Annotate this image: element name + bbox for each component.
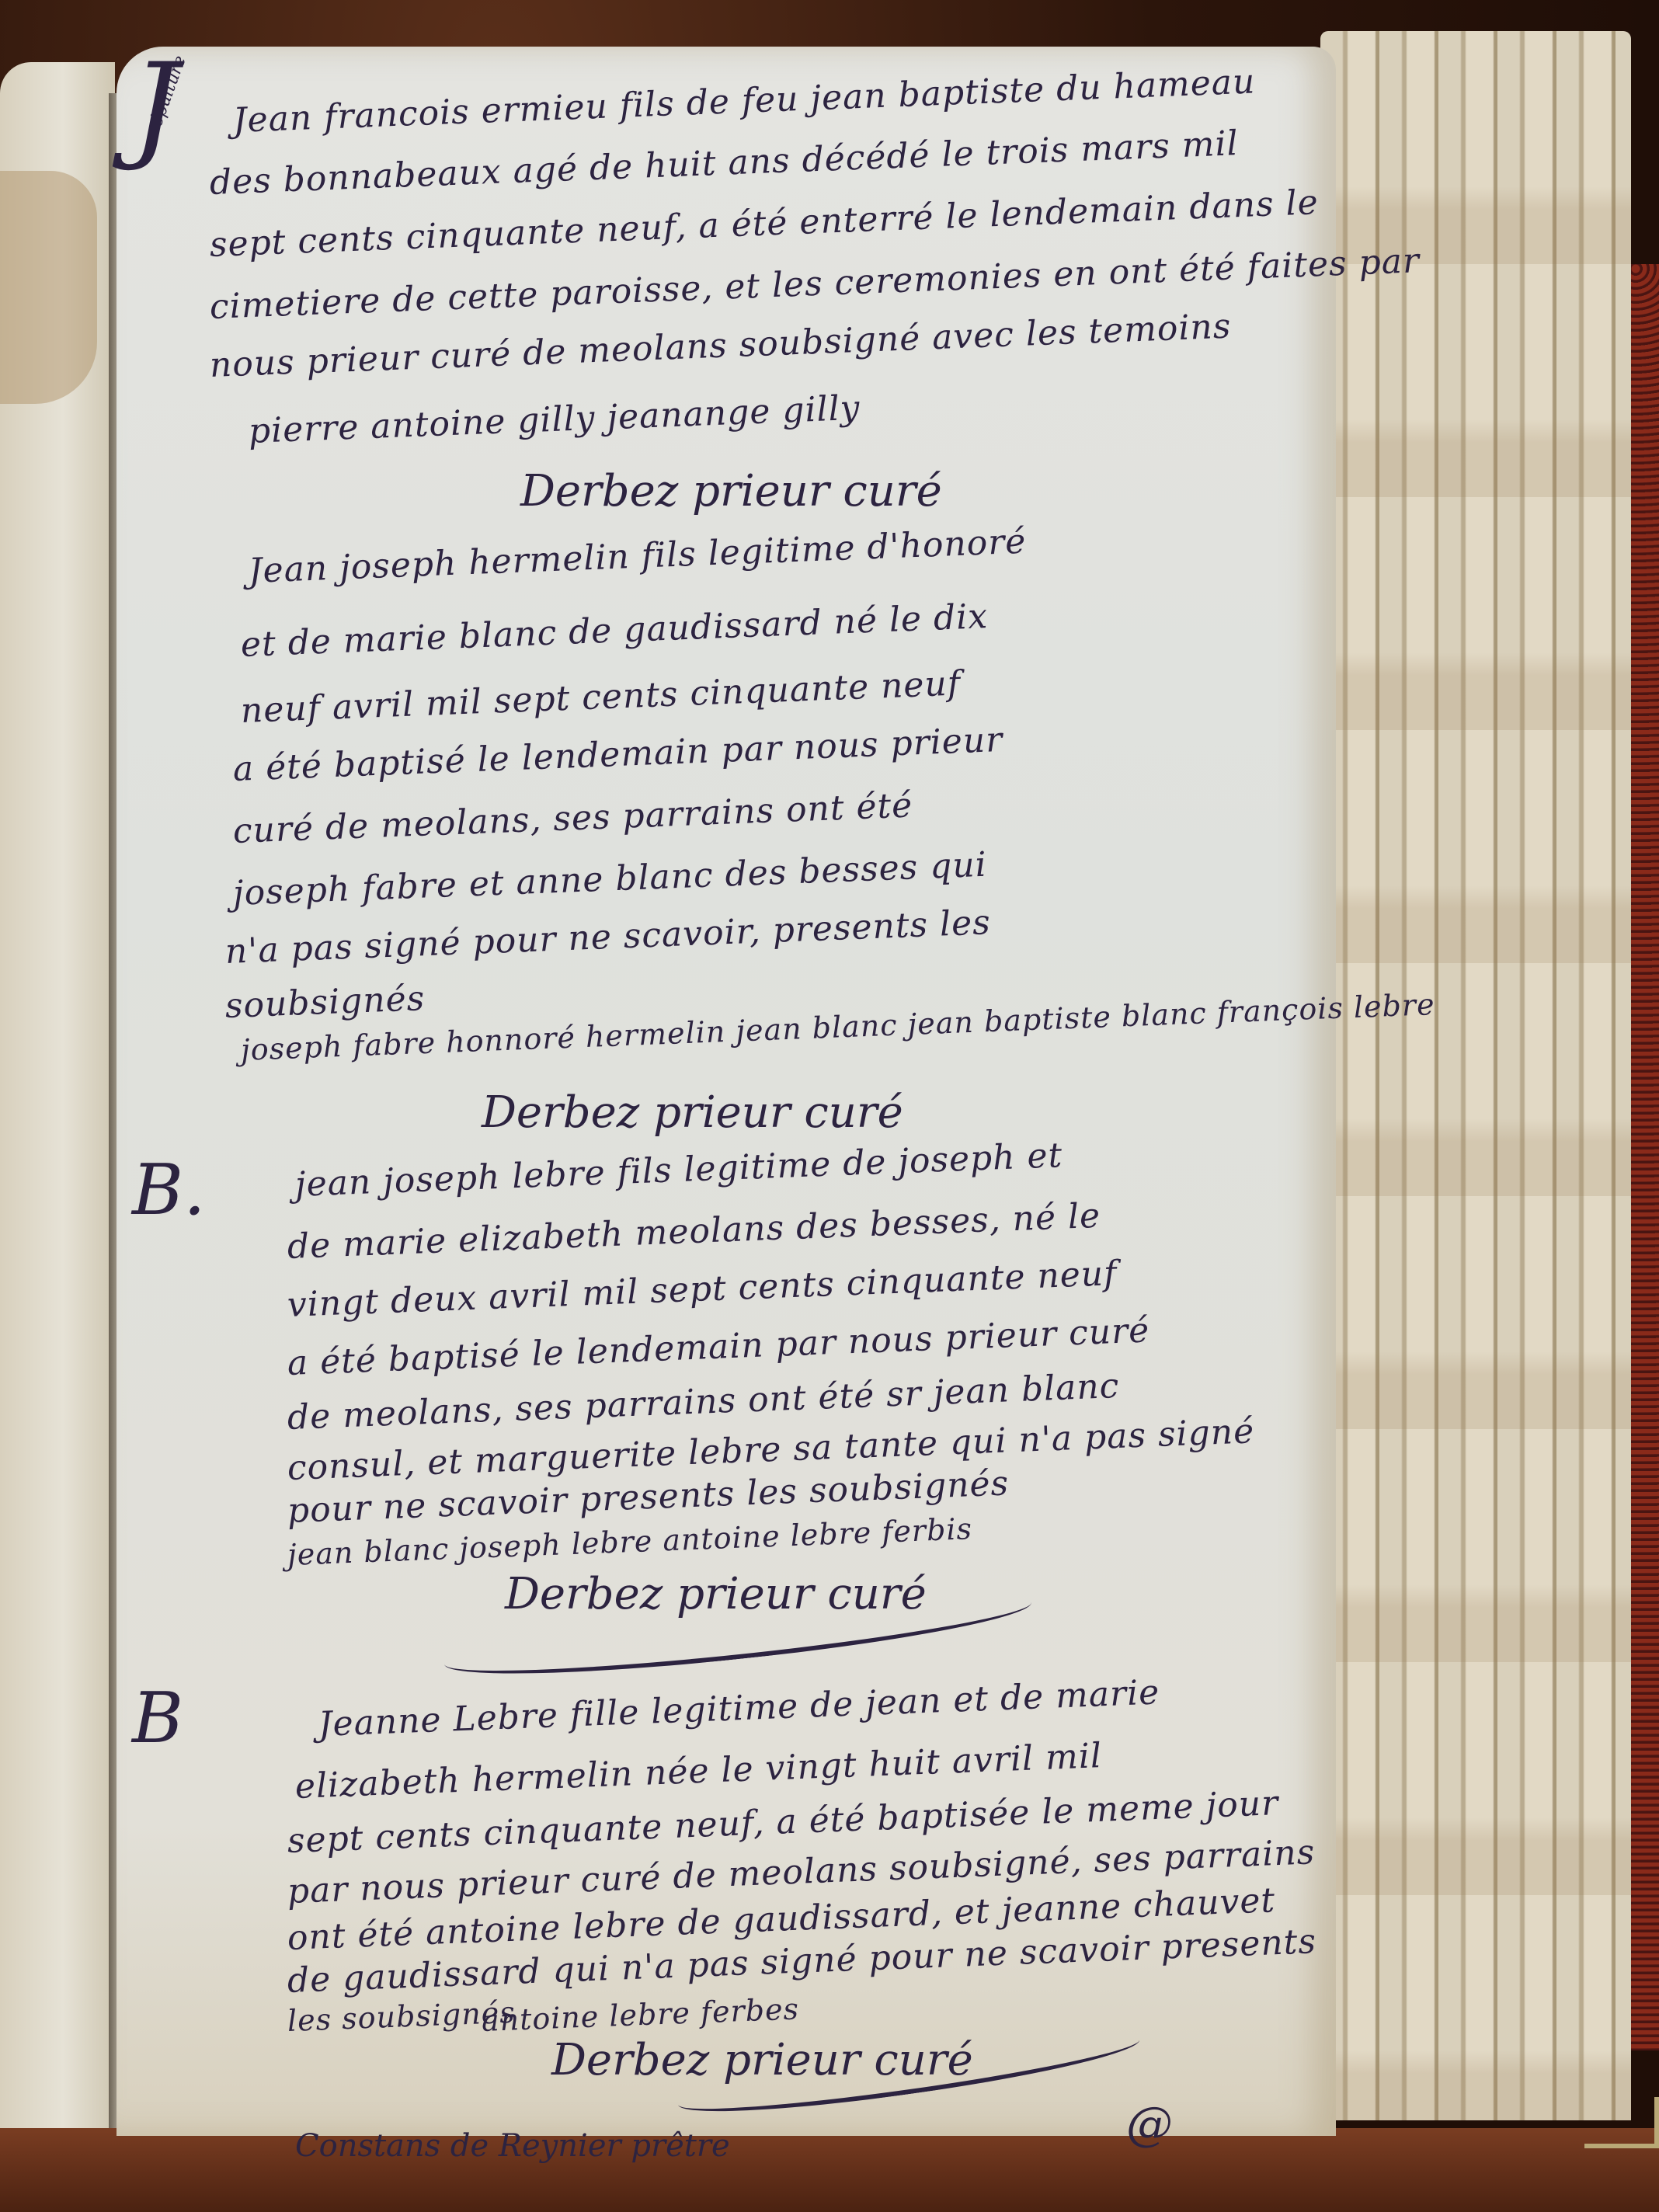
entry-line: soubsignés [224, 979, 426, 1026]
margin-marker-b: B. [132, 1149, 206, 1231]
bottom-note-signature: Constans de Reynier prêtre [295, 2128, 730, 2164]
entry-line: n'a pas signé pour ne scavoir, presents … [224, 903, 992, 972]
gilt-corner [1584, 2097, 1659, 2148]
margin-marker-b: B [132, 1678, 183, 1759]
book-cover-right-edge [1631, 264, 1659, 2050]
left-page [0, 62, 115, 2128]
page-stack-shading [1320, 31, 1631, 2120]
entry-line: Jean joseph hermelin fils legitime d'hon… [248, 522, 1027, 591]
decorative-initial-j: J [132, 39, 179, 174]
entry-line: jean joseph lebre fils legitime de josep… [294, 1136, 1063, 1205]
entry-line: curé de meolans, ses parrains ont été [232, 785, 913, 851]
register-page: sépulture J Jean francois ermieu fils de… [117, 47, 1336, 2136]
entry-line: joseph fabre et anne blanc des besses qu… [232, 845, 988, 913]
entry-line: vingt deux avril mil sept cents cinquant… [287, 1254, 1118, 1325]
priest-signature: Derbez prieur curé [520, 466, 942, 516]
desk-bottom-edge [0, 2128, 1659, 2212]
entry-line: a été baptisé le lendemain par nous prie… [232, 720, 1003, 789]
priest-signature: Derbez prieur curé [482, 1087, 903, 1138]
entry-line: et de marie blanc de gaudissard né le di… [240, 596, 989, 665]
witness-signatures: antoine lebre ferbes [481, 1991, 800, 2038]
witness-signatures: pierre antoine gilly jeanange gilly [248, 388, 861, 451]
page-mark: @ [1126, 2097, 1173, 2151]
water-stain [0, 171, 97, 404]
entry-line: de marie elizabeth meolans des besses, n… [287, 1196, 1101, 1267]
entry-line: Jeanne Lebre fille legitime de jean et d… [318, 1672, 1160, 1744]
entry-line: neuf avril mil sept cents cinquante neuf [240, 663, 962, 731]
